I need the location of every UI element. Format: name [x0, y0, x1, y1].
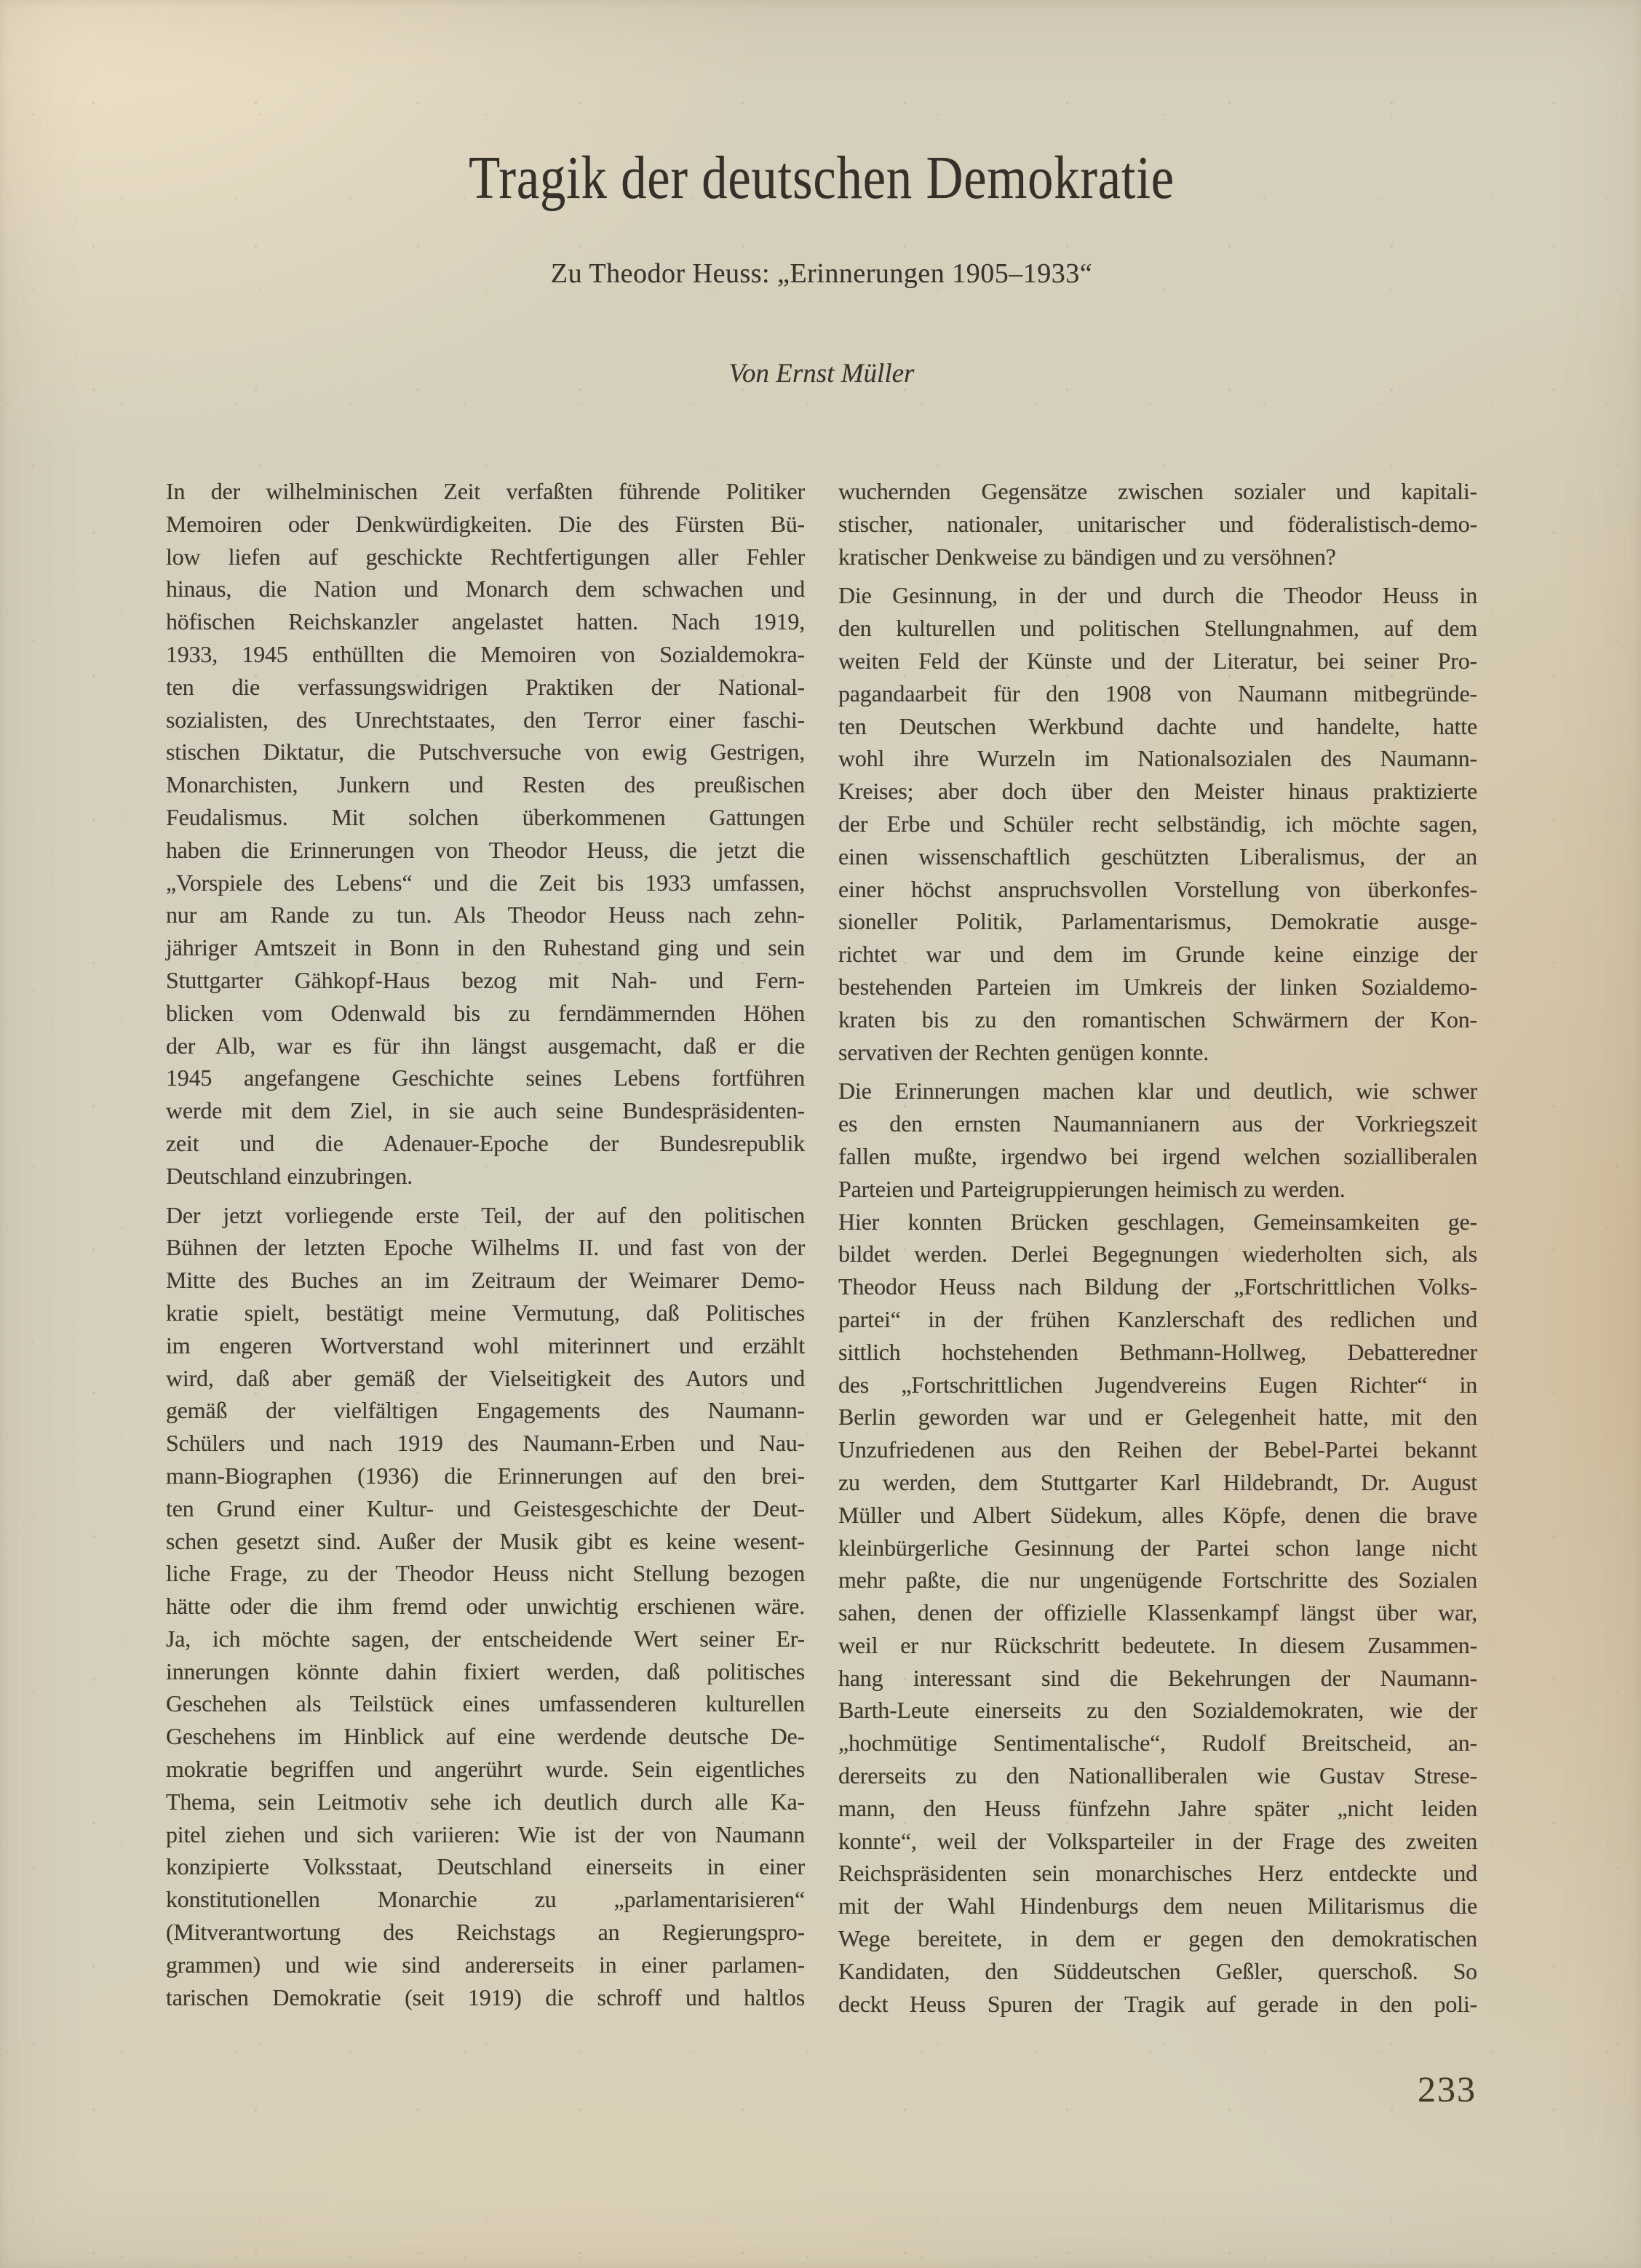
text-line: Unzufriedenen aus den Reihen der Bebel-P…	[838, 1433, 1477, 1466]
text-line: stischen Diktatur, die Putschversuche vo…	[166, 736, 805, 768]
text-line: einen wissenschaftlich geschützten Liber…	[838, 840, 1477, 873]
text-line: Die Gesinnung, in der und durch die Theo…	[838, 579, 1477, 612]
scanned-document-page: Tragik der deutschen Demokratie Zu Theod…	[0, 0, 1641, 2268]
text-line: höfischen Reichskanzler angelastet hatte…	[166, 605, 805, 638]
text-line: nur am Rande zu tun. Als Theodor Heuss n…	[166, 899, 805, 931]
text-column-right: wuchernden Gegensätze zwischen sozialer …	[838, 475, 1477, 2020]
text-line: der Alb, war es für ihn längst ausgemach…	[166, 1030, 805, 1062]
text-line: kleinbürgerliche Gesinnung der Partei sc…	[838, 1532, 1477, 1564]
text-line: Ja, ich möchte sagen, der entscheidende …	[166, 1623, 805, 1655]
text-line: fallen mußte, irgendwo bei irgend welche…	[838, 1140, 1477, 1173]
text-line: wird, daß aber gemäß der Vielseitigkeit …	[166, 1362, 805, 1395]
text-line: kratischer Denkweise zu bändigen und zu …	[838, 541, 1477, 573]
article-subtitle: Zu Theodor Heuss: „Erinnerungen 1905–193…	[166, 258, 1477, 290]
page-number: 233	[1418, 2068, 1477, 2110]
text-line: Bühnen der letzten Epoche Wilhelms II. u…	[166, 1231, 805, 1264]
text-line: deckt Heuss Spuren der Tragik auf gerade…	[838, 1988, 1477, 2021]
text-line: kraten bis zu den romantischen Schwärmer…	[838, 1003, 1477, 1036]
text-line: Hier konnten Brücken geschlagen, Gemeins…	[838, 1206, 1477, 1238]
text-column-left: In der wilhelminischen Zeit verfaßten fü…	[166, 475, 805, 2020]
text-line: Kreises; aber doch über den Meister hina…	[838, 775, 1477, 808]
text-line: „Vorspiele des Lebens“ und die Zeit bis …	[166, 867, 805, 899]
text-line: haben die Erinnerungen von Theodor Heuss…	[166, 834, 805, 867]
text-line: Schülers und nach 1919 des Naumann-Erben…	[166, 1427, 805, 1460]
text-line: konstitutionellen Monarchie zu „parlamen…	[166, 1883, 805, 1916]
text-line: mann, den Heuss fünfzehn Jahre später „n…	[838, 1792, 1477, 1825]
text-line: pitel ziehen und sich variieren: Wie ist…	[166, 1818, 805, 1851]
text-line: jähriger Amtszeit in Bonn in den Ruhesta…	[166, 931, 805, 964]
text-line: zeit und die Adenauer-Epoche der Bundesr…	[166, 1127, 805, 1160]
text-line: sozialisten, des Unrechtstaates, den Ter…	[166, 704, 805, 736]
text-line: low liefen auf geschickte Rechtfertigung…	[166, 541, 805, 573]
text-line: „hochmütige Sentimentalische“, Rudolf Br…	[838, 1727, 1477, 1759]
text-line: konnte“, weil der Volksparteiler in der …	[838, 1825, 1477, 1858]
text-line: sittlich hochstehenden Bethmann-Hollweg,…	[838, 1336, 1477, 1369]
text-line: ten Grund einer Kultur- und Geistesgesch…	[166, 1492, 805, 1525]
text-line: stischer, nationaler, unitarischer und f…	[838, 508, 1477, 541]
text-line: des „Fortschrittlichen Jugendvereins Eug…	[838, 1369, 1477, 1401]
text-line: Mitte des Buches an im Zeitraum der Weim…	[166, 1264, 805, 1297]
text-line: 1945 angefangene Geschichte seines Leben…	[166, 1062, 805, 1094]
text-line: Feudalismus. Mit solchen überkommenen Ga…	[166, 801, 805, 834]
text-line: Der jetzt vorliegende erste Teil, der au…	[166, 1199, 805, 1232]
text-line: schen gesetzt sind. Außer der Musik gibt…	[166, 1525, 805, 1558]
text-line: blicken vom Odenwald bis zu ferndämmernd…	[166, 997, 805, 1030]
text-line: Geschehens im Hinblick auf eine werdende…	[166, 1720, 805, 1753]
text-line: Deutschland einzubringen.	[166, 1160, 805, 1193]
text-line: wohl ihre Wurzeln im Nationalsozialen de…	[838, 742, 1477, 775]
text-line: es den ernsten Naumannianern aus der Vor…	[838, 1107, 1477, 1140]
text-line: Barth-Leute einerseits zu den Sozialdemo…	[838, 1694, 1477, 1727]
text-line: Berlin geworden war und er Gelegenheit h…	[838, 1401, 1477, 1433]
article-body: In der wilhelminischen Zeit verfaßten fü…	[166, 475, 1477, 2020]
text-line: dererseits zu den Nationalliberalen wie …	[838, 1759, 1477, 1792]
text-line: mokratie begriffen und angerührt wurde. …	[166, 1753, 805, 1786]
text-line: im engeren Wortverstand wohl miterinnert…	[166, 1329, 805, 1362]
text-line: Wege bereitete, in dem er gegen den demo…	[838, 1922, 1477, 1955]
text-line: hinaus, die Nation und Monarch dem schwa…	[166, 573, 805, 605]
text-line: hang interessant sind die Bekehrungen de…	[838, 1662, 1477, 1695]
text-line: werde mit dem Ziel, in sie auch seine Bu…	[166, 1094, 805, 1127]
text-line: richtet war und dem im Grunde keine einz…	[838, 938, 1477, 971]
text-line: mehr paßte, die nur ungenügende Fortschr…	[838, 1564, 1477, 1596]
text-line: liche Frage, zu der Theodor Heuss nicht …	[166, 1557, 805, 1590]
text-line: mit der Wahl Hindenburgs dem neuen Milit…	[838, 1890, 1477, 1922]
text-line: 1933, 1945 enthüllten die Memoiren von S…	[166, 638, 805, 671]
text-line: servativen der Rechten genügen konnte.	[838, 1036, 1477, 1069]
text-line: gemäß der vielfältigen Engagements des N…	[166, 1394, 805, 1427]
text-line: grammen) und wie sind andererseits in ei…	[166, 1949, 805, 1981]
text-line: partei“ in der frühen Kanzlerschaft des …	[838, 1303, 1477, 1336]
text-line: mann-Biographen (1936) die Erinnerungen …	[166, 1460, 805, 1492]
article-title: Tragik der deutschen Demokratie	[271, 144, 1372, 212]
text-line: innerungen könnte dahin fixiert werden, …	[166, 1655, 805, 1688]
text-line: In der wilhelminischen Zeit verfaßten fü…	[166, 475, 805, 508]
text-line: Stuttgarter Gähkopf-Haus bezog mit Nah- …	[166, 964, 805, 997]
text-line: hätte oder die ihm fremd oder unwichtig …	[166, 1590, 805, 1623]
text-line: einer höchst anspruchsvollen Vorstellung…	[838, 873, 1477, 906]
text-line: den kulturellen und politischen Stellung…	[838, 612, 1477, 645]
text-line: Müller und Albert Südekum, alles Köpfe, …	[838, 1499, 1477, 1532]
text-line: bestehenden Parteien im Umkreis der link…	[838, 971, 1477, 1003]
text-line: ten Deutschen Werkbund dachte und handel…	[838, 710, 1477, 743]
text-line: (Mitverantwortung des Reichstags an Regi…	[166, 1916, 805, 1949]
text-line: kratie spielt, bestätigt meine Vermutung…	[166, 1297, 805, 1329]
text-line: pagandaarbeit für den 1908 von Naumann m…	[838, 677, 1477, 710]
text-line: ten die verfassungswidrigen Praktiken de…	[166, 671, 805, 704]
text-line: weiten Feld der Künste und der Literatur…	[838, 645, 1477, 677]
text-line: Monarchisten, Junkern und Resten des pre…	[166, 768, 805, 801]
text-line: der Erbe und Schüler recht selbständig, …	[838, 808, 1477, 840]
text-line: zu werden, dem Stuttgarter Karl Hildebra…	[838, 1466, 1477, 1499]
text-line: bildet werden. Derlei Begegnungen wieder…	[838, 1238, 1477, 1270]
text-line: Theodor Heuss nach Bildung der „Fortschr…	[838, 1270, 1477, 1303]
text-line: tarischen Demokratie (seit 1919) die sch…	[166, 1981, 805, 2014]
text-line: sahen, denen der offizielle Klassenkampf…	[838, 1596, 1477, 1629]
text-line: Kandidaten, den Süddeutschen Geßler, que…	[838, 1955, 1477, 1988]
text-line: Die Erinnerungen machen klar und deutlic…	[838, 1075, 1477, 1107]
text-line: Geschehen als Teilstück eines umfassende…	[166, 1687, 805, 1720]
text-line: Thema, sein Leitmotiv sehe ich deutlich …	[166, 1786, 805, 1818]
text-line: sioneller Politik, Parlamentarismus, Dem…	[838, 905, 1477, 938]
text-line: Reichspräsidenten sein monarchisches Her…	[838, 1857, 1477, 1890]
text-line: Memoiren oder Denkwürdigkeiten. Die des …	[166, 508, 805, 541]
article-byline: Von Ernst Müller	[166, 358, 1477, 389]
text-line: wuchernden Gegensätze zwischen sozialer …	[838, 475, 1477, 508]
text-line: konzipierte Volksstaat, Deutschland eine…	[166, 1850, 805, 1883]
text-line: weil er nur Rückschritt bedeutete. In di…	[838, 1629, 1477, 1662]
text-line: Parteien und Parteigruppierungen heimisc…	[838, 1173, 1477, 1206]
